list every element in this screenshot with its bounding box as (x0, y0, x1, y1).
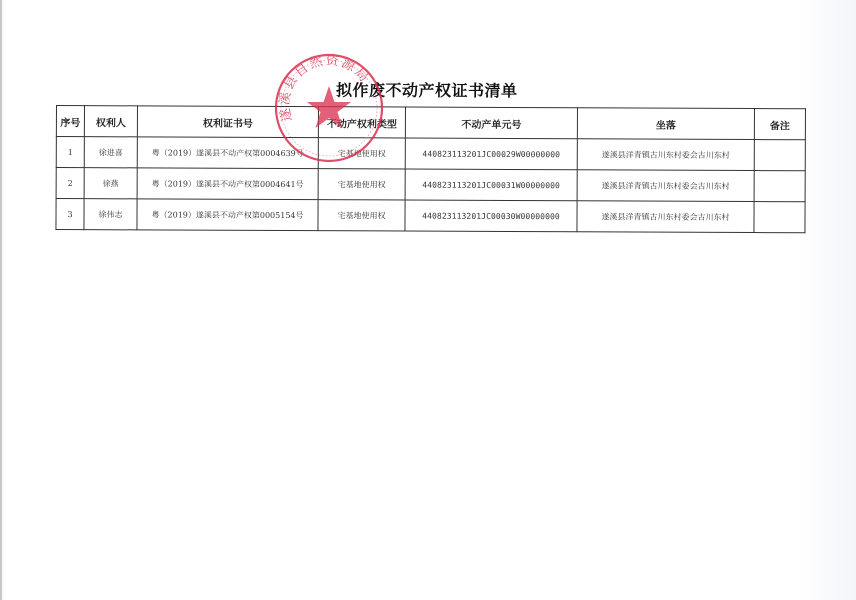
header-seq: 序号 (56, 106, 84, 137)
header-cert-no: 权利证书号 (137, 106, 318, 138)
cell-unit-no: 440823113201JC00029W00000000 (405, 138, 577, 170)
page-edge (0, 0, 2, 600)
cell-unit-no: 440823113201JC00031W00000000 (405, 169, 577, 201)
certificate-table-container: 序号 权利人 权利证书号 不动产权利类型 不动产单元号 坐落 备注 1 徐进喜 … (55, 105, 806, 233)
cell-holder: 徐进喜 (84, 137, 137, 168)
table-row: 1 徐进喜 粤（2019）遂溪县不动产权第0004639号 宅基地使用权 440… (56, 137, 805, 171)
cell-seq: 2 (56, 168, 84, 199)
cell-seq: 1 (56, 137, 84, 168)
document-page: 拟作废不动产权证书清单 序号 权利人 权利证书号 不动产权利类型 不动产单元号 … (0, 0, 856, 600)
cell-holder: 徐伟志 (84, 199, 137, 230)
cell-location: 遂溪县洋青镇古川东村委会古川东村 (577, 201, 754, 233)
cell-note (754, 202, 805, 233)
certificate-table: 序号 权利人 权利证书号 不动产权利类型 不动产单元号 坐落 备注 1 徐进喜 … (55, 105, 806, 233)
cell-cert-no: 粤（2019）遂溪县不动产权第0004641号 (137, 168, 318, 200)
cell-note (754, 171, 805, 202)
header-unit-no: 不动产单元号 (405, 107, 577, 139)
cell-unit-no: 440823113201JC00030W00000000 (405, 200, 577, 232)
table-header-row: 序号 权利人 权利证书号 不动产权利类型 不动产单元号 坐落 备注 (56, 106, 805, 140)
table-row: 2 徐燕 粤（2019）遂溪县不动产权第0004641号 宅基地使用权 4408… (56, 168, 805, 202)
document-title: 拟作废不动产权证书清单 (336, 78, 518, 102)
cell-cert-no: 粤（2019）遂溪县不动产权第0005154号 (137, 199, 318, 231)
table-row: 3 徐伟志 粤（2019）遂溪县不动产权第0005154号 宅基地使用权 440… (56, 199, 805, 233)
cell-location: 遂溪县洋青镇古川东村委会古川东村 (577, 139, 754, 171)
cell-note (754, 140, 805, 171)
cell-right-type: 宅基地使用权 (318, 200, 405, 231)
header-note: 备注 (754, 109, 805, 140)
cell-holder: 徐燕 (84, 168, 137, 199)
cell-cert-no: 粤（2019）遂溪县不动产权第0004639号 (137, 137, 318, 169)
header-location: 坐落 (577, 108, 754, 140)
cell-seq: 3 (56, 199, 84, 230)
cell-right-type: 宅基地使用权 (318, 169, 405, 200)
header-right-type: 不动产权利类型 (318, 107, 405, 138)
cell-location: 遂溪县洋青镇古川东村委会古川东村 (577, 170, 754, 202)
cell-right-type: 宅基地使用权 (318, 138, 405, 169)
header-holder: 权利人 (84, 106, 137, 137)
